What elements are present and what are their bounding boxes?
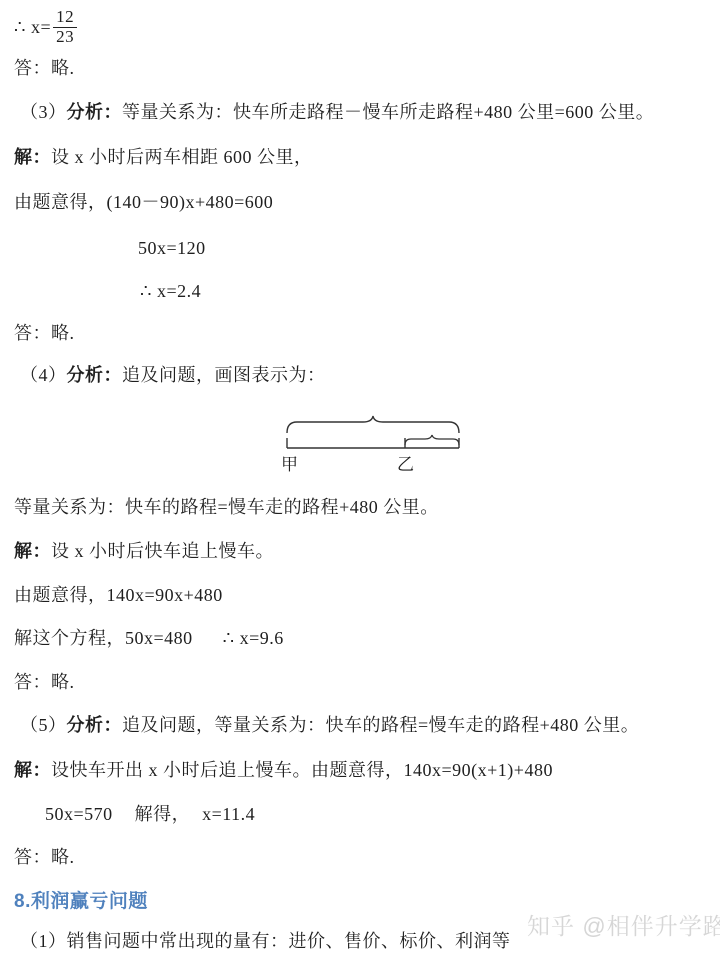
equation-text: 50x=570 <box>45 804 113 824</box>
solution-text: 设 x 小时后快车追上慢车。 <box>51 541 274 561</box>
analysis-label: 分析： <box>67 102 123 122</box>
chase-problem-diagram <box>285 415 461 453</box>
solve-label: 解： <box>14 541 51 561</box>
solve-label-text: 解得， <box>135 804 191 824</box>
equation-result-line: ∴ x=2.4 <box>140 280 201 302</box>
solution-line-5: 解：设快车开出 x 小时后追上慢车。由题意得，140x=90(x+1)+480 <box>14 759 553 781</box>
fraction-denominator: 23 <box>53 28 77 47</box>
solve-result-text: ∴ x=9.6 <box>223 628 284 648</box>
document-page: { "colors": { "text": "#1f1f1f", "headin… <box>0 0 720 955</box>
result-text: x=11.4 <box>202 804 255 824</box>
analysis-text: 等量关系为：快车所走路程－慢车所走路程+480 公里=600 公里。 <box>122 102 654 122</box>
answer-line-1: 答：略. <box>14 57 75 79</box>
analysis-label: 分析： <box>67 715 123 735</box>
sales-quantities-line: （1）销售问题中常出现的量有：进价、售价、标价、利润等 <box>20 930 511 952</box>
solve-label: 解： <box>14 147 51 167</box>
equation-line-1: 由题意得，(140－90)x+480=600 <box>14 191 273 213</box>
analysis-text: 追及问题，画图表示为： <box>122 365 326 385</box>
analysis-text: 追及问题，等量关系为：快车的路程=慢车走的路程+480 公里。 <box>122 715 639 735</box>
item-number: （4） <box>20 365 67 385</box>
relation-line: 等量关系为：快车的路程=慢车走的路程+480 公里。 <box>14 496 439 518</box>
analysis-line-4: （4）分析：追及问题，画图表示为： <box>20 364 326 386</box>
analysis-line-3: （3）分析：等量关系为：快车所走路程－慢车所走路程+480 公里=600 公里。 <box>20 101 654 123</box>
solve-equation-line: 解这个方程，50x=480∴ x=9.6 <box>14 627 284 649</box>
big-overbrace <box>287 416 459 433</box>
solution-line-3: 解：设 x 小时后两车相距 600 公里， <box>14 146 313 168</box>
item-number: （5） <box>20 715 67 735</box>
equation-line-3: 由题意得，140x=90x+480 <box>14 584 223 606</box>
zhihu-watermark: 知乎 @相伴升学路 <box>527 908 720 941</box>
solve-step-text: 解这个方程，50x=480 <box>14 628 193 648</box>
equation-line-2: 50x=120 <box>138 237 206 259</box>
answer-line-4: 答：略. <box>14 846 75 868</box>
therefore-symbol: ∴ <box>14 16 26 38</box>
answer-line-2: 答：略. <box>14 322 75 344</box>
section-heading-profit-loss: 8.利润赢亏问题 <box>14 886 148 913</box>
analysis-line-5: （5）分析：追及问题，等量关系为：快车的路程=慢车走的路程+480 公里。 <box>20 714 639 736</box>
answer-line-3: 答：略. <box>14 671 75 693</box>
fraction-12-23: 1223 <box>53 8 77 46</box>
fraction-numerator: 12 <box>53 8 77 28</box>
fraction-lhs: x= <box>31 16 51 38</box>
solution-text: 设 x 小时后两车相距 600 公里， <box>51 147 313 167</box>
small-overbrace <box>405 435 459 445</box>
sales-text: 销售问题中常出现的量有：进价、售价、标价、利润等 <box>67 931 511 951</box>
analysis-label: 分析： <box>67 365 123 385</box>
diagram-label-yi: 乙 <box>397 450 414 475</box>
solve-label: 解： <box>14 760 51 780</box>
item-number: （1） <box>20 931 67 951</box>
item-number: （3） <box>20 102 67 122</box>
solution-line-4: 解：设 x 小时后快车追上慢车。 <box>14 540 274 562</box>
fraction-conclusion-line: ∴ x=1223 <box>14 8 77 46</box>
diagram-label-jia: 甲 <box>281 450 298 475</box>
solution-text: 设快车开出 x 小时后追上慢车。由题意得，140x=90(x+1)+480 <box>51 760 553 780</box>
final-solve-line: 50x=570解得，x=11.4 <box>45 803 255 825</box>
